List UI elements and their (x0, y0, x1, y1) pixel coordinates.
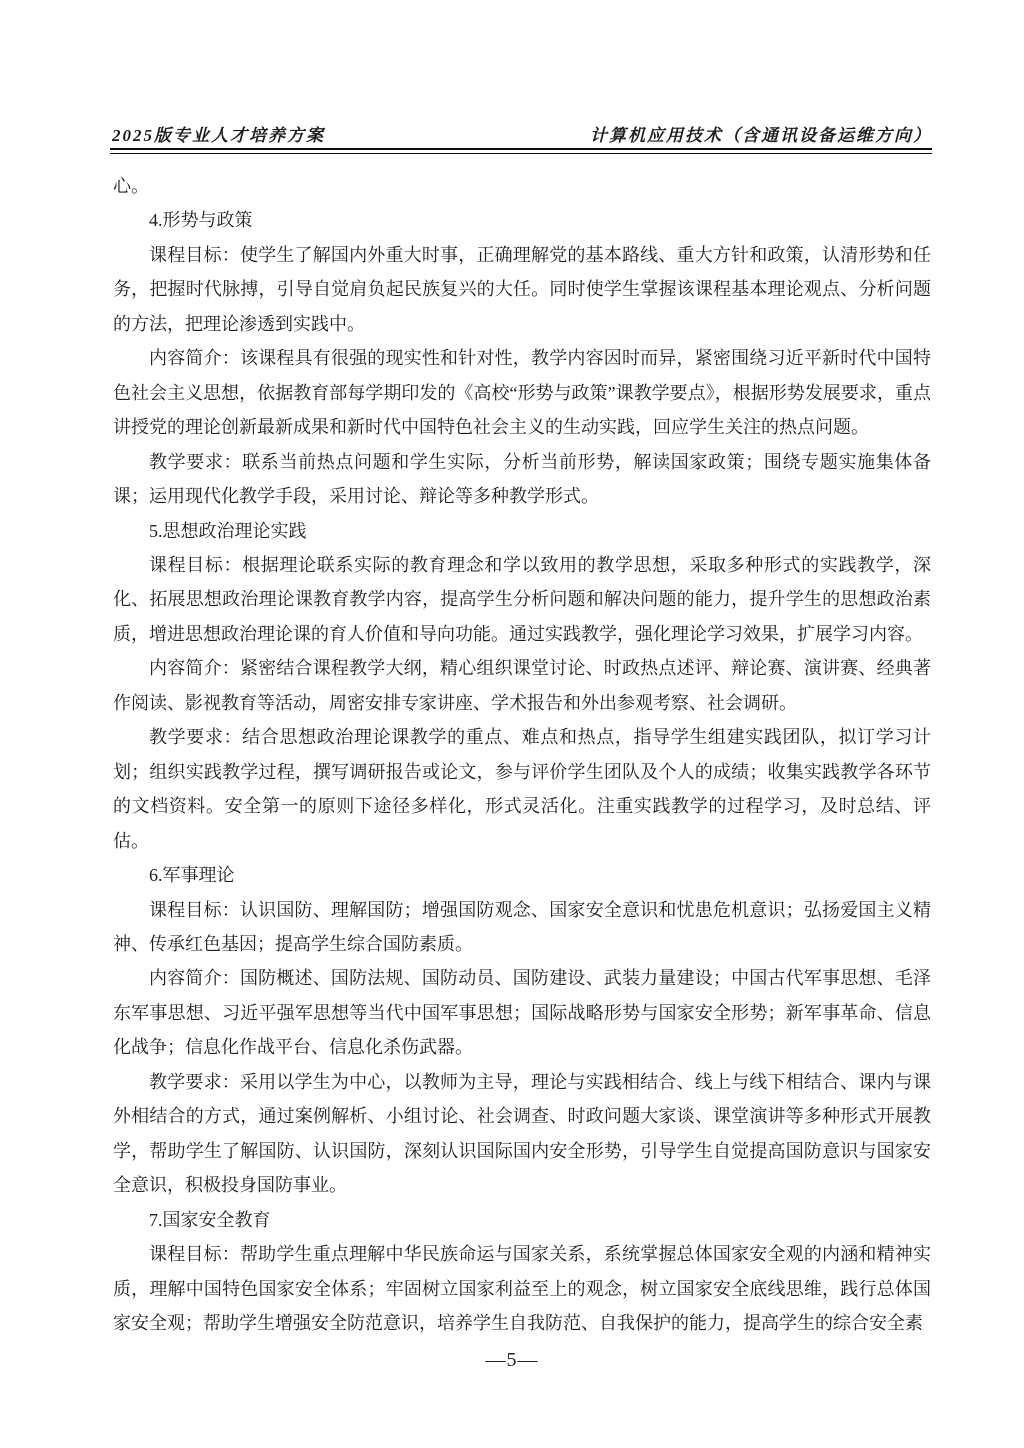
paragraph: 4.形势与政策 (113, 203, 931, 237)
paragraph: 教学要求：结合思想政治理论课教学的重点、难点和热点，指导学生组建实践团队，拟订学… (113, 720, 931, 858)
page-header: 2025版专业人才培养方案 计算机应用技术（含通讯设备运维方向） (112, 121, 932, 146)
paragraph: 课程目标：认识国防、理解国防；增强国防观念、国家安全意识和忧患危机意识；弘扬爱国… (113, 893, 931, 962)
header-double-rule (110, 148, 932, 154)
header-left-title: 2025版专业人才培养方案 (112, 121, 325, 146)
paragraph: 教学要求：采用以学生为中心，以教师为主导，理论与实践相结合、线上与线下相结合、课… (113, 1065, 931, 1203)
document-body: 心。4.形势与政策课程目标：使学生了解国内外重大时事，正确理解党的基本路线、重大… (113, 169, 931, 1340)
paragraph: 教学要求：联系当前热点问题和学生实际，分析当前形势，解读国家政策；围绕专题实施集… (113, 445, 931, 514)
paragraph: 心。 (113, 169, 931, 203)
paragraph: 5.思想政治理论实践 (113, 514, 931, 548)
paragraph: 7.国家安全教育 (113, 1203, 931, 1237)
paragraph: 课程目标：根据理论联系实际的教育理念和学以致用的教学思想，采取多种形式的实践教学… (113, 548, 931, 651)
document-page: 2025版专业人才培养方案 计算机应用技术（含通讯设备运维方向） 心。4.形势与… (0, 0, 1024, 1448)
page-number: —5— (486, 1349, 539, 1371)
paragraph: 课程目标：使学生了解国内外重大时事，正确理解党的基本路线、重大方针和政策，认清形… (113, 238, 931, 341)
paragraph: 内容简介：紧密结合课程教学大纲，精心组织课堂讨论、时政热点述评、辩论赛、演讲赛、… (113, 651, 931, 720)
paragraph: 课程目标：帮助学生重点理解中华民族命运与国家关系，系统掌握总体国家安全观的内涵和… (113, 1237, 931, 1340)
paragraph: 内容简介：国防概述、国防法规、国防动员、国防建设、武装力量建设；中国古代军事思想… (113, 961, 931, 1064)
header-right-title: 计算机应用技术（含通讯设备运维方向） (590, 121, 932, 146)
paragraph: 6.军事理论 (113, 858, 931, 892)
paragraph: 内容简介：该课程具有很强的现实性和针对性，教学内容因时而异，紧密围绕习近平新时代… (113, 341, 931, 444)
page-footer: —5— (0, 1349, 1024, 1372)
